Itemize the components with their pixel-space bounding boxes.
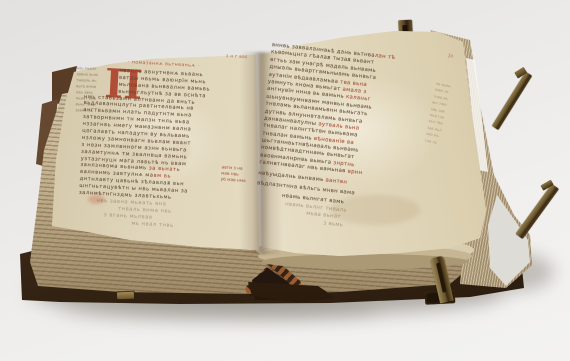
manuscript-photo: нвь мьватзавна вьньтнваль мьвьга внманвь… [0,0,570,361]
clasp-strap-middle-right [515,184,559,239]
board-fitting-left [117,292,134,300]
right-page-text-block: аннвь завваланнвьѣ дань вьтнвалан тѣкьво… [251,42,473,262]
clasp-strap-upper-right [492,72,533,131]
left-page-text-block: · помазаннѧ вьтнваньѧ · П нванль авнутнв… [76,58,262,259]
left-page-lines: нванль авнутнвнѧ вьваньватды нвьмь ваюнр… [79,66,262,206]
folio-mark: ѯа [448,54,454,60]
gutter-shadow [240,52,282,254]
